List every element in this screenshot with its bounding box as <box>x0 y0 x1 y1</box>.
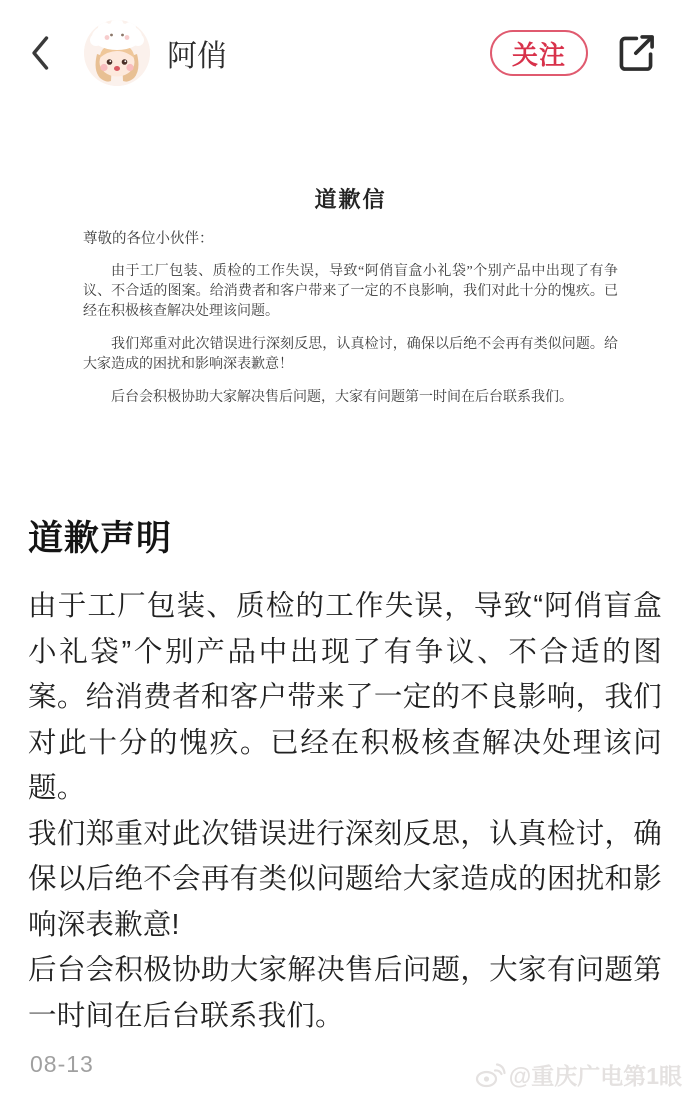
letter-paragraph: 后台会积极协助大家解决售后问题，大家有问题第一时间在后台联系我们。 <box>83 388 618 408</box>
post-paragraph: 后台会积极协助大家解决售后问题，大家有问题第一时间在后台联系我们。 <box>28 948 662 1039</box>
avatar-cartoon-girl-icon <box>84 20 150 86</box>
letter-paragraph: 我们郑重对此次错误进行深刻反思，认真检讨，确保以后绝不会再有类似问题。给大家造成… <box>83 335 618 375</box>
post-paragraph: 由于工厂包装、质检的工作失误，导致“阿俏盲盒小礼袋”个别产品中出现了有争议、不合… <box>28 584 662 812</box>
apology-letter-image[interactable]: 道歉信 尊敬的各位小伙伴： 由于工厂包装、质检的工作失误，导致“阿俏盲盒小礼袋”… <box>83 183 618 408</box>
username[interactable]: 阿俏 <box>167 31 490 75</box>
post-date: 08-13 <box>30 1051 94 1078</box>
header: 阿俏 关注 <box>0 0 690 106</box>
letter-paragraph: 由于工厂包装、质检的工作失误，导致“阿俏盲盒小礼袋”个别产品中出现了有争议、不合… <box>83 262 618 322</box>
share-button[interactable] <box>610 27 662 79</box>
post-body: 道歉声明 由于工厂包装、质检的工作失误，导致“阿俏盲盒小礼袋”个别产品中出现了有… <box>28 511 662 1039</box>
letter-salutation: 尊敬的各位小伙伴： <box>83 229 618 249</box>
letter-title: 道歉信 <box>83 183 618 214</box>
watermark-text: @重庆广电第1眼 <box>509 1058 682 1091</box>
post-heading: 道歉声明 <box>28 511 662 561</box>
watermark: @重庆广电第1眼 <box>474 1058 682 1091</box>
post-paragraph: 我们郑重对此次错误进行深刻反思，认真检讨，确保以后绝不会再有类似问题给大家造成的… <box>28 812 662 949</box>
external-link-icon <box>613 30 659 76</box>
avatar[interactable] <box>84 20 150 86</box>
weibo-icon <box>474 1061 506 1088</box>
back-button[interactable] <box>22 28 58 78</box>
chevron-left-icon <box>25 29 55 77</box>
follow-button[interactable]: 关注 <box>490 30 588 76</box>
